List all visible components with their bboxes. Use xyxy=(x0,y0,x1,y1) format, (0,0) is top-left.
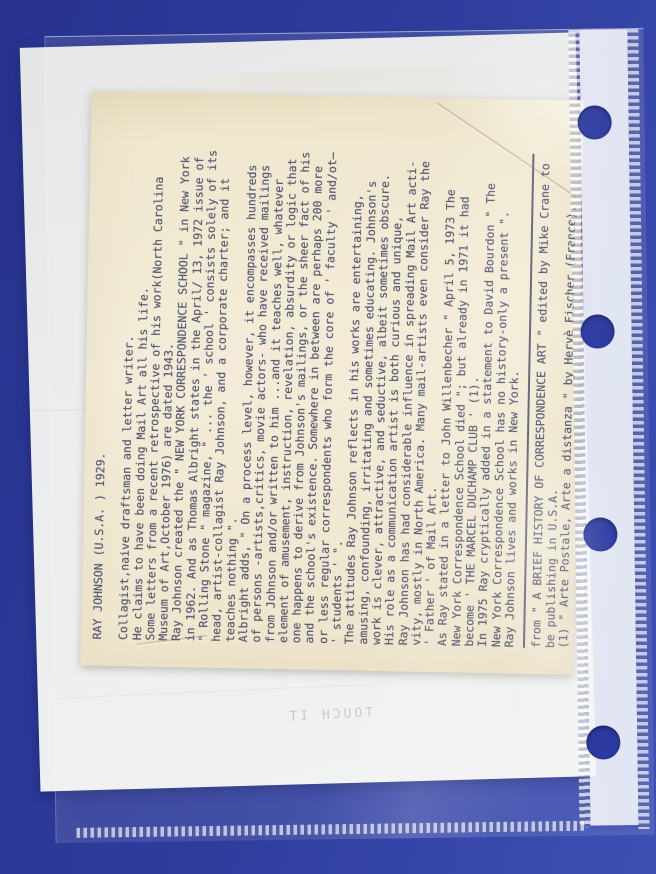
photo-background: TOUCH IT RAY JOHNSON (U.S.A. ) 1929. Col… xyxy=(0,0,656,874)
plastic-sleeve xyxy=(44,28,654,843)
